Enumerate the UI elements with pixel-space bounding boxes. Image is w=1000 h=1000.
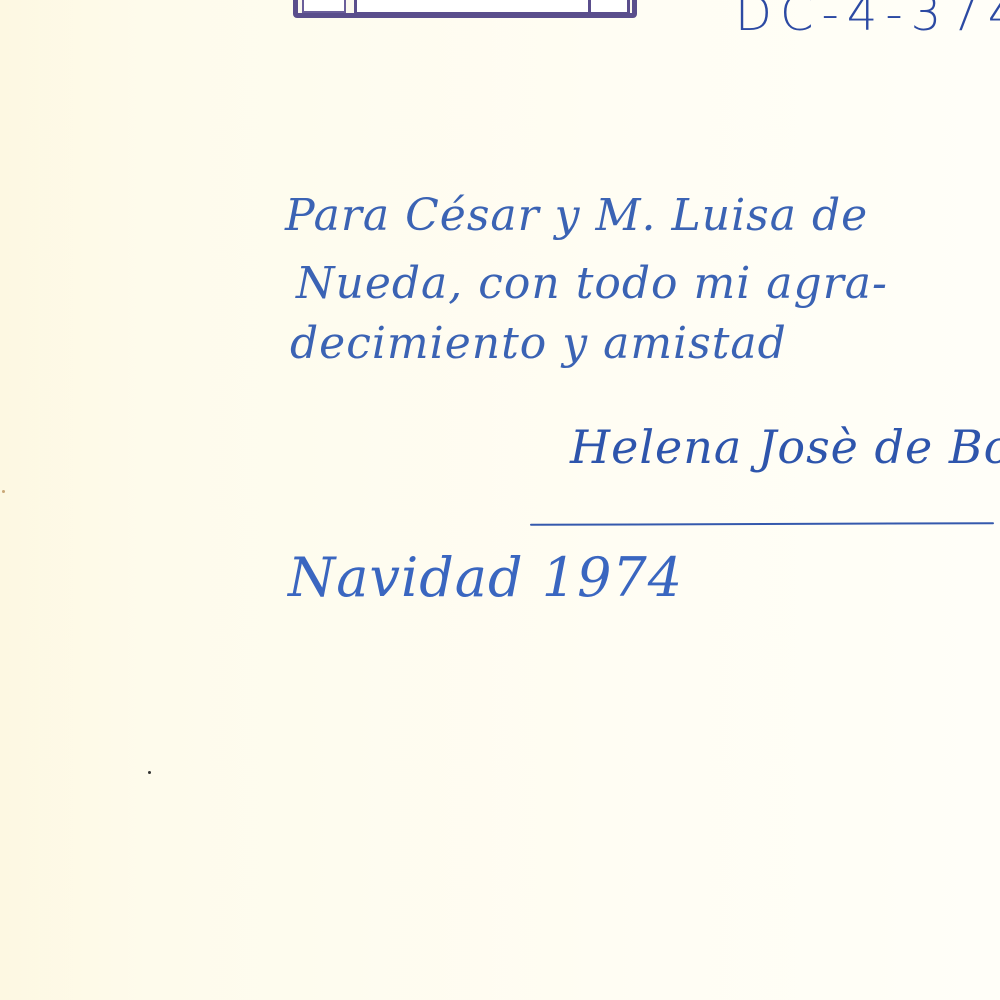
signature: Helena Josè de Borja	[570, 420, 1000, 474]
dedication-line-3: decimiento y amistad	[290, 318, 787, 369]
stamp-left-box	[302, 0, 346, 13]
signature-underline	[530, 522, 994, 526]
stamp-right-box	[588, 0, 630, 15]
paper-speck	[148, 771, 151, 774]
inscription-date: Navidad 1974	[288, 546, 683, 609]
paper-speck	[2, 490, 5, 493]
dedication-line-2: Nueda, con todo mi agra-	[296, 258, 888, 309]
dedication-line-1: Para César y M. Luisa de	[285, 190, 868, 241]
shelfmark: DC-4-374	[735, 0, 1000, 42]
stamp-center-box	[354, 0, 596, 15]
library-stamp	[293, 0, 637, 18]
